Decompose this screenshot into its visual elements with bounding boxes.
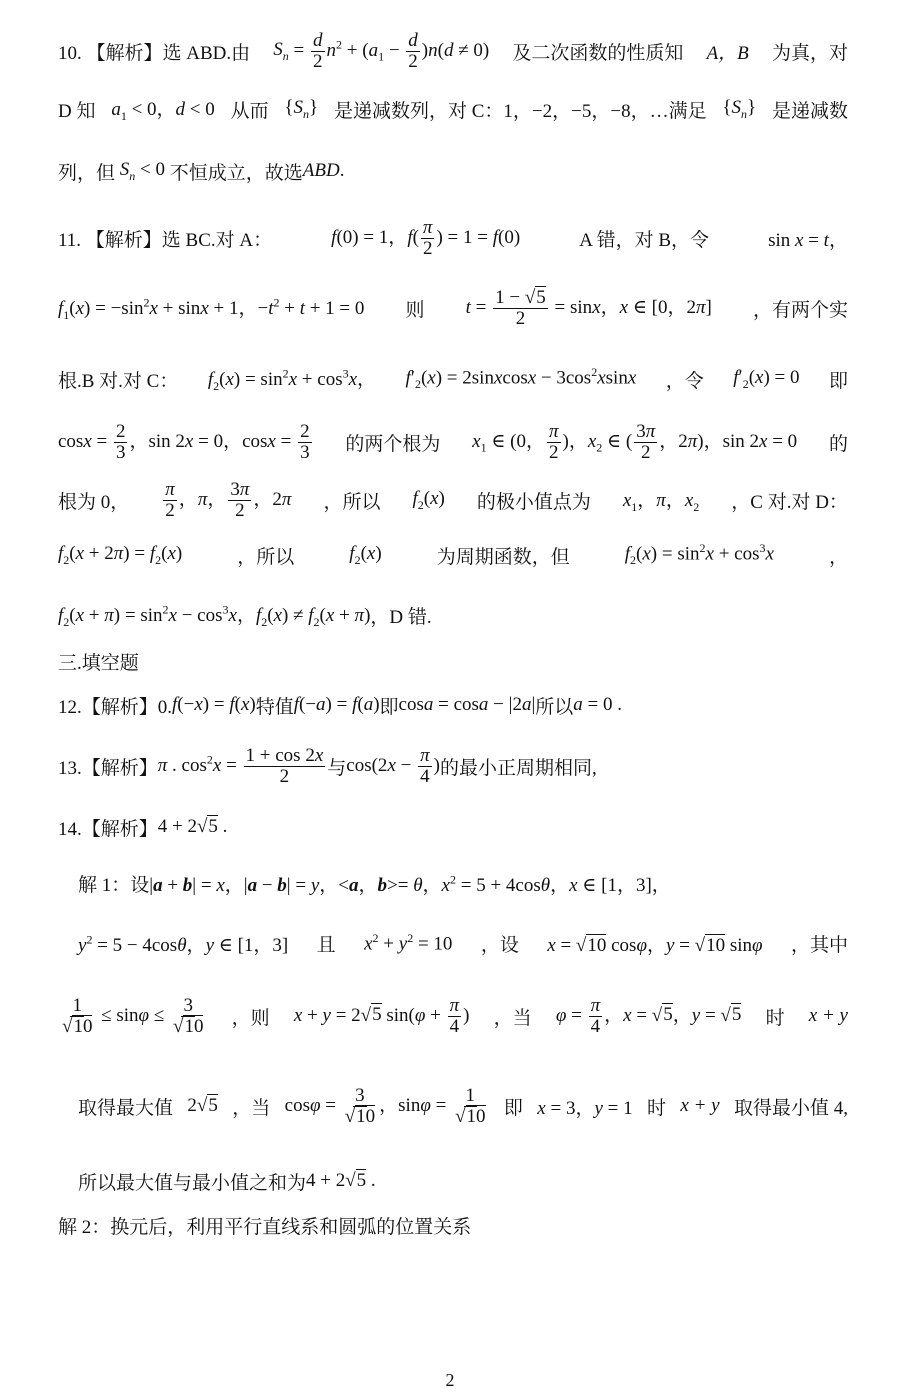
q14-text: 解 1：设 bbox=[78, 870, 149, 897]
q14-text: 即 bbox=[504, 1093, 523, 1120]
q10-line-3: 列，但 Sn < 0 不恒成立，故选 ABD. bbox=[58, 156, 848, 186]
q14-line: 14.【解析】 4 + 2√5 . bbox=[58, 812, 848, 842]
q14-min-cond: cosφ = 3√10，sinφ = 1√10 bbox=[285, 1086, 490, 1127]
q11-text: 为周期函数，但 bbox=[437, 542, 570, 569]
q10-sn-set: {Sn} bbox=[722, 97, 756, 122]
q12-text: 即 bbox=[380, 692, 399, 719]
q11-f0: f(0) = 1，f(π2) = 1 = f(0) bbox=[331, 218, 520, 259]
q10-text: 是递减数 bbox=[772, 96, 848, 123]
q11-text: 根.B 对.对 C： bbox=[58, 366, 178, 393]
q11-t-root: t = 1 − √52 = sinx，x ∈ [0，2π] bbox=[466, 288, 712, 329]
q11-text: A 错，对 B，令 bbox=[579, 225, 709, 252]
q10-line-2: D 知 a1 < 0，d < 0 从而 {Sn} 是递减数列，对 C：1，−2，… bbox=[58, 94, 848, 124]
q11-line-6: f2(x + 2π) = f2(x) ，所以 f2(x) 为周期函数，但 f2(… bbox=[58, 540, 848, 570]
q13-cos: cos(2x − π4) bbox=[346, 746, 440, 787]
q12-line: 12.【解析】0. f(−x) = f(x) 特值 f(−a) = f(a) 即… bbox=[58, 690, 848, 720]
q12-text: 所以 bbox=[535, 692, 573, 719]
q11-comma: ， bbox=[829, 542, 848, 569]
q14-sol1-line-4: 取得最大值 2√5 ，当 cosφ = 3√10，sinφ = 1√10 即 x… bbox=[78, 1076, 848, 1136]
q11-text: 则 bbox=[406, 295, 425, 322]
q11-text: 的极小值点为 bbox=[477, 487, 591, 514]
q14-text: 取得最小值 4, bbox=[734, 1093, 848, 1120]
q14-x3y1: x = 3，y = 1 bbox=[537, 1093, 632, 1120]
q11-roots: π2，π，3π2，2π bbox=[161, 480, 291, 521]
q10-text: 列，但 bbox=[58, 158, 115, 185]
q11-text: ，D 错. bbox=[370, 602, 431, 629]
q14-sum-sq: x2 + y2 = 10 bbox=[364, 931, 452, 955]
q13-text: 与 bbox=[327, 753, 346, 780]
q14-sol2-line: 解 2：换元后，利用平行直线系和圆弧的位置关系 bbox=[58, 1212, 848, 1238]
page-number: 2 bbox=[0, 1370, 900, 1391]
q10-text: 是递减数列，对 C：1，−2，−5，−8，…满足 bbox=[334, 96, 707, 123]
q12-fa: f(−a) = f(a) bbox=[294, 694, 380, 716]
q11-text: 的两个根为 bbox=[345, 429, 440, 456]
q11-f2x: f2(x) bbox=[412, 488, 444, 513]
q14-label: 14.【解析】 bbox=[58, 814, 158, 841]
q12-text: 特值 bbox=[256, 692, 294, 719]
q14-phi: φ = π4，x = √5，y = √5 bbox=[556, 996, 741, 1037]
q10-ab: A，B bbox=[707, 38, 749, 65]
q10-cond: a1 < 0，d < 0 bbox=[111, 94, 214, 124]
q13-line: 13.【解析】 π . cos2x = 1 + cos 2x2 与 cos(2x… bbox=[58, 738, 848, 794]
q14-text: ，当 bbox=[494, 1003, 532, 1030]
q11-f2: f2(x) = sin2x + cos3x， bbox=[208, 364, 376, 394]
q10-text: 及二次函数的性质知 bbox=[512, 38, 683, 65]
q14-setup: |a + b| = x，|a − b| = y，<a，b>= θ，x2 = 5 … bbox=[149, 870, 671, 897]
q14-range: 1√10 ≤ sinφ ≤ 3√10 bbox=[58, 996, 207, 1037]
q14-answer: 4 + 2√5 . bbox=[158, 816, 228, 838]
q11-period: f2(x + 2π) = f2(x) bbox=[58, 543, 182, 568]
q14-text: ，设 bbox=[481, 930, 519, 957]
q11-text: ，所以 bbox=[323, 487, 380, 514]
section-title: 三.填空题 bbox=[58, 648, 848, 674]
q11-line-2: f1(x) = −sin2x + sinx + 1，−t2 + t + 1 = … bbox=[58, 280, 848, 336]
q11-text: 即 bbox=[829, 366, 848, 393]
q11-text: ，令 bbox=[666, 366, 704, 393]
q11-text: ，有两个实 bbox=[753, 295, 848, 322]
q14-sol1-line-3: 1√10 ≤ sinφ ≤ 3√10 ，则 x + y = 2√5 sin(φ … bbox=[58, 986, 848, 1046]
q11-text: ，所以 bbox=[237, 542, 294, 569]
q12-even: f(−x) = f(x) bbox=[172, 694, 256, 716]
q10-sn-neg: Sn < 0 bbox=[115, 159, 170, 184]
q11-shift: f2(x + π) = sin2x − cos3x，f2(x) ≠ f2(x +… bbox=[58, 600, 370, 630]
q10-text: D 知 bbox=[58, 96, 95, 123]
q14-text: 时 bbox=[647, 1093, 666, 1120]
q11-minpts: x1，π，x2 bbox=[623, 485, 699, 515]
q14-sol1-line-5: 所以最大值与最小值之和为 4 + 2√5 . bbox=[78, 1166, 848, 1196]
q10-sn-formula: Sn = d2n2 + (a1 − d2)n(d ≠ 0) bbox=[273, 31, 489, 72]
q10-answer: ABD bbox=[303, 160, 340, 182]
q14-text: 时 bbox=[766, 1003, 785, 1030]
q11-f2-def: f2(x) = sin2x + cos3x bbox=[625, 541, 774, 568]
q14-xy: x + y = 2√5 sin(φ + π4) bbox=[294, 996, 470, 1037]
q10-text: 从而 bbox=[231, 96, 269, 123]
q10-label: 10. 【解析】选 ABD.由 bbox=[58, 38, 250, 65]
q14-text: 取得最大值 bbox=[78, 1093, 173, 1120]
q10-text: 不恒成立，故选 bbox=[170, 158, 303, 185]
q14-y: y2 = 5 − 4cosθ，y ∈ [1，3] bbox=[78, 930, 288, 957]
q12-answer: a = 0 . bbox=[573, 694, 622, 716]
q11-label: 11. 【解析】选 BC.对 A： bbox=[58, 225, 272, 252]
q10-ab-true: 为真，对 bbox=[772, 38, 848, 65]
q14-text: ，当 bbox=[232, 1093, 270, 1120]
q11-line-7: f2(x + π) = sin2x − cos3x，f2(x) ≠ f2(x +… bbox=[58, 600, 848, 630]
q13-label: 13.【解析】 bbox=[58, 753, 158, 780]
q14-sum: 4 + 2√5 . bbox=[306, 1170, 376, 1192]
q12-cos: cosa = cosa − |2a| bbox=[399, 694, 536, 716]
q14-text: 解 2：换元后，利用平行直线系和圆弧的位置关系 bbox=[58, 1212, 471, 1239]
q14-xy-expr: x + y bbox=[680, 1095, 719, 1117]
q11-sub: sin x = t， bbox=[768, 225, 848, 252]
q11-text: 的 bbox=[829, 429, 848, 456]
q11-f1: f1(x) = −sin2x + sinx + 1，−t2 + t + 1 = … bbox=[58, 293, 364, 323]
q11-text: 根为 0， bbox=[58, 487, 129, 514]
q14-param: x = √10 cosφ，y = √10 sinφ bbox=[547, 930, 762, 957]
q10-sn-set: {Sn} bbox=[284, 97, 318, 122]
q14-max: 2√5 bbox=[187, 1095, 217, 1117]
q11-line-4: cosx = 23，sin 2x = 0，cosx = 23 的两个根为 x1 … bbox=[58, 414, 848, 470]
q14-xy-expr: x + y bbox=[809, 1005, 848, 1027]
q11-cos: cosx = 23，sin 2x = 0，cosx = 23 bbox=[58, 422, 314, 463]
section-heading: 三.填空题 bbox=[58, 648, 139, 675]
q11-line-5: 根为 0， π2，π，3π2，2π ，所以 f2(x) 的极小值点为 x1，π，… bbox=[58, 472, 848, 528]
q11-root-intervals: x1 ∈ (0，π2)，x2 ∈ (3π2，2π)，sin 2x = 0 bbox=[472, 422, 797, 463]
q14-text: ，则 bbox=[232, 1003, 270, 1030]
q11-deriv-zero: f′2(x) = 0 bbox=[733, 367, 799, 392]
q13-text: 的最小正周期相同, bbox=[440, 753, 597, 780]
q14-text: 所以最大值与最小值之和为 bbox=[78, 1168, 306, 1195]
q11-line-1: 11. 【解析】选 BC.对 A： f(0) = 1，f(π2) = 1 = f… bbox=[58, 212, 848, 264]
q14-sol1-line-2: y2 = 5 − 4cosθ，y ∈ [1，3] 且 x2 + y2 = 10 … bbox=[78, 928, 848, 958]
q11-line-3: 根.B 对.对 C： f2(x) = sin2x + cos3x， f′2(x)… bbox=[58, 364, 848, 394]
q11-f2x: f2(x) bbox=[349, 543, 381, 568]
q11-text: ，C 对.对 D： bbox=[731, 487, 848, 514]
q14-text: ，其中 bbox=[791, 930, 848, 957]
q10-line-1: 10. 【解析】选 ABD.由 Sn = d2n2 + (a1 − d2)n(d… bbox=[58, 26, 848, 76]
q14-sol1-line-1: 解 1：设 |a + b| = x，|a − b| = y，<a，b>= θ，x… bbox=[78, 868, 848, 898]
q12-label: 12.【解析】0. bbox=[58, 692, 172, 719]
q13-formula: π . cos2x = 1 + cos 2x2 bbox=[158, 746, 328, 787]
q11-f2-deriv: f′2(x) = 2sinxcosx − 3cos2xsinx bbox=[406, 365, 637, 392]
q14-text: 且 bbox=[317, 930, 336, 957]
